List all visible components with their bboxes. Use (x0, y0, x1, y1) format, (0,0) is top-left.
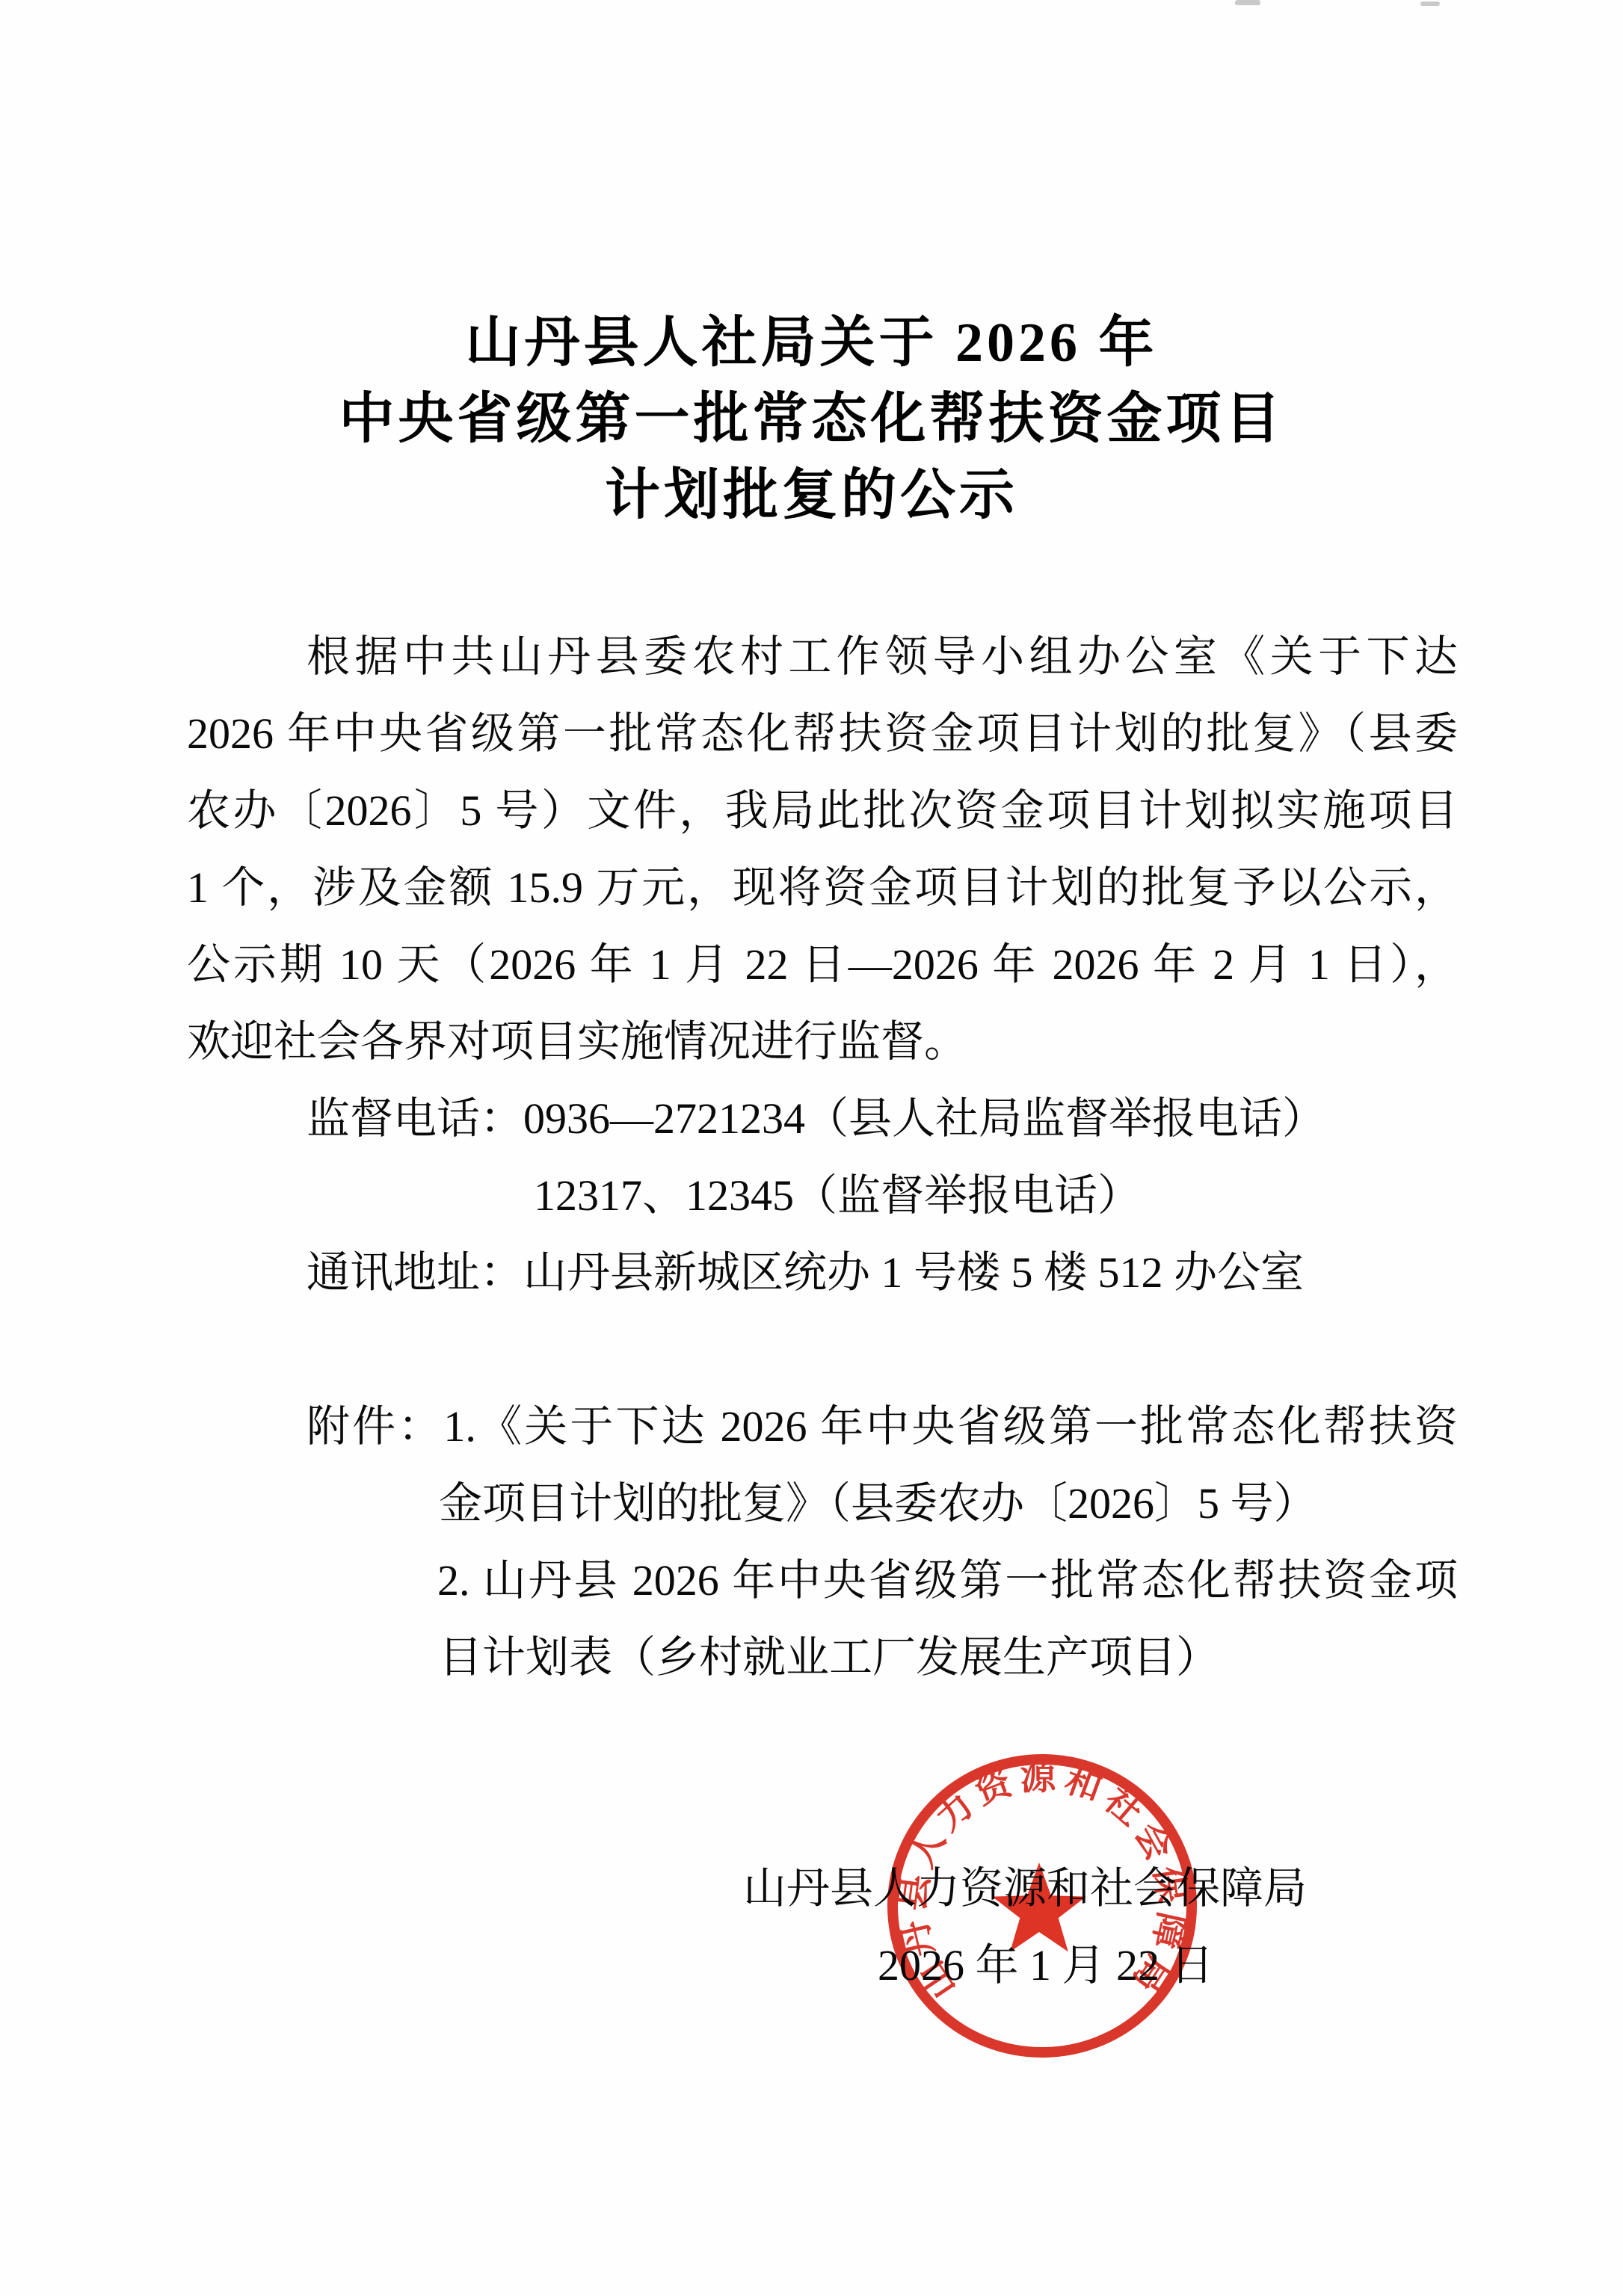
document-body: 根据中共山丹县委农村工作领导小组办公室《关于下达 2026 年中央省级第一批常态… (187, 618, 1458, 2004)
body-line: 欢迎社会各界对项目实施情况进行监督。 (187, 1003, 1458, 1080)
title-line-3: 计划批复的公示 (0, 457, 1623, 534)
blank-line (187, 1696, 1458, 1773)
blank-line (187, 1311, 1458, 1388)
signature-date: 2026 年 1 月 22 日 (187, 1927, 1458, 2004)
body-line: 公示期 10 天（2026 年 1 月 22 日—2026 年 2026 年 2… (187, 926, 1458, 1003)
scan-artifact (1420, 1, 1440, 6)
body-line: 根据中共山丹县委农村工作领导小组办公室《关于下达 (187, 618, 1458, 695)
attachment-line: 附件：1.《关于下达 2026 年中央省级第一批常态化帮扶资 (187, 1388, 1458, 1465)
scan-artifact (1235, 0, 1260, 5)
body-line: 2026 年中央省级第一批常态化帮扶资金项目计划的批复》（县委 (187, 695, 1458, 772)
body-line: 1 个，涉及金额 15.9 万元，现将资金项目计划的批复予以公示， (187, 849, 1458, 926)
blank-line (187, 1773, 1458, 1850)
attachment-line: 金项目计划的批复》（县委农办〔2026〕5 号） (187, 1465, 1458, 1542)
attachment-line: 2. 山丹县 2026 年中央省级第一批常态化帮扶资金项 (187, 1542, 1458, 1619)
attachment-line: 目计划表（乡村就业工厂发展生产项目） (187, 1619, 1458, 1696)
document-title: 山丹县人社局关于 2026 年 中央省级第一批常态化帮扶资金项目 计划批复的公示 (0, 305, 1623, 534)
supervision-phone-line: 监督电话：0936—2721234（县人社局监督举报电话） (187, 1080, 1458, 1157)
mailing-address-line: 通讯地址：山丹县新城区统办 1 号楼 5 楼 512 办公室 (187, 1234, 1458, 1311)
title-line-2: 中央省级第一批常态化帮扶资金项目 (0, 381, 1623, 457)
body-line: 农办〔2026〕5 号）文件，我局此批次资金项目计划拟实施项目 (187, 772, 1458, 849)
title-line-1: 山丹县人社局关于 2026 年 (0, 305, 1623, 381)
hotline-phone-line: 12317、12345（监督举报电话） (187, 1157, 1458, 1234)
signature-org: 山丹县人力资源和社会保障局 (187, 1850, 1458, 1927)
document-page: 山丹县人社局关于 2026 年 中央省级第一批常态化帮扶资金项目 计划批复的公示… (0, 0, 1623, 2296)
